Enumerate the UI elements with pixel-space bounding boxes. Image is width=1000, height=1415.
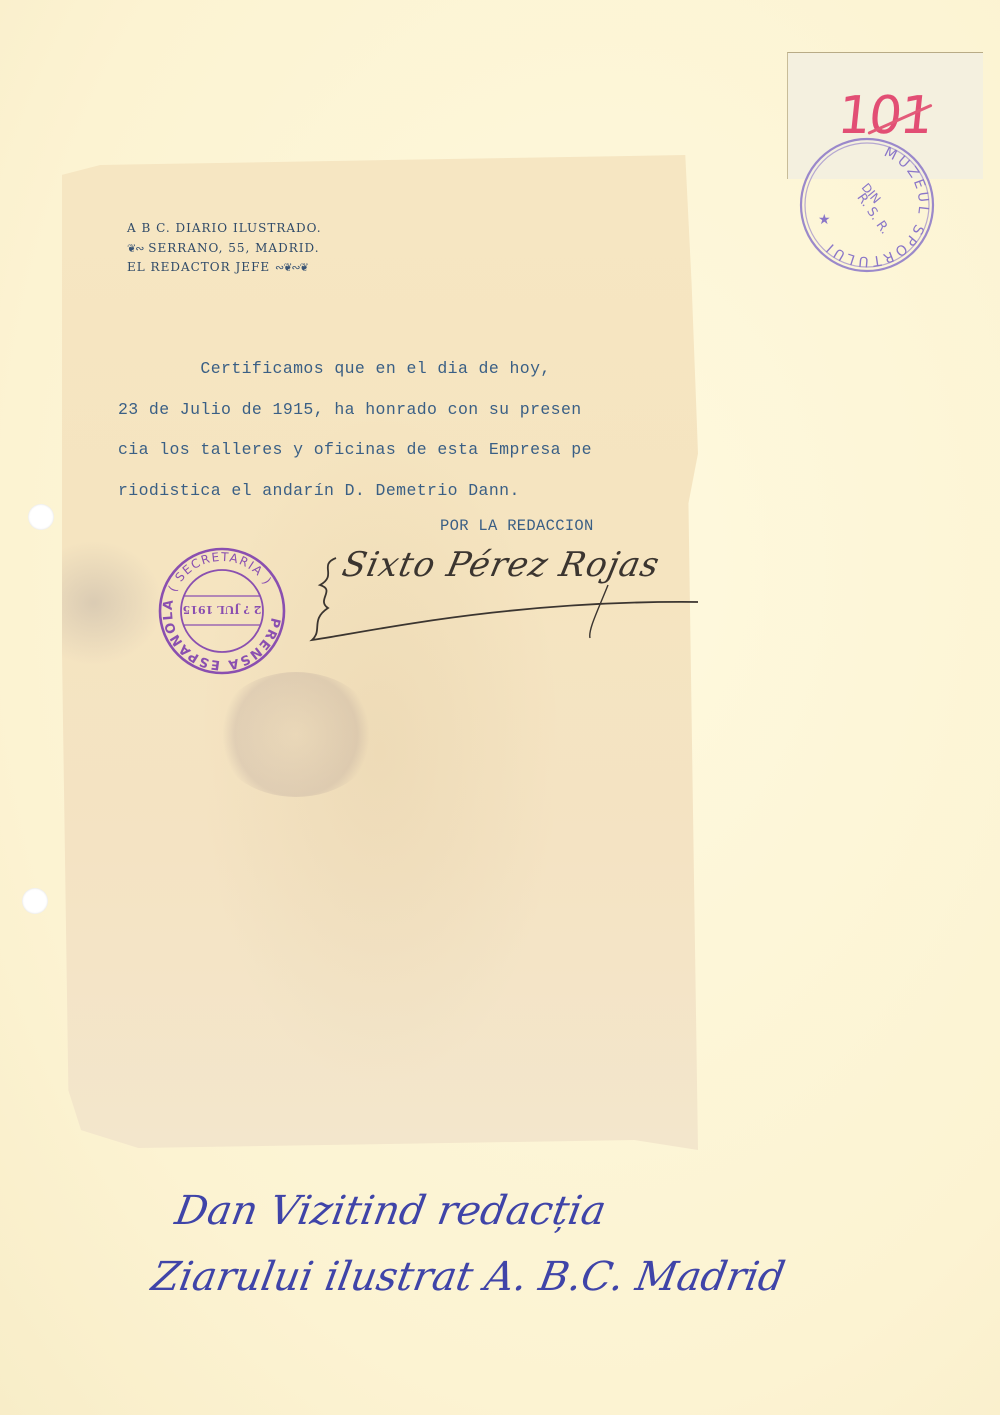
letter-body: Certificamos que en el dia de hoy, 23 de…	[118, 349, 592, 511]
signature: Sixto Pérez Rojas	[308, 540, 708, 650]
faded-stamp	[215, 672, 377, 797]
letterhead: A B C. DIARIO ILUSTRADO. ❦∾ SERRANO, 55,…	[127, 219, 322, 278]
body-line: cia los talleres y oficinas de esta Empr…	[118, 430, 592, 471]
body-line: 23 de Julio de 1915, ha honrado con su p…	[118, 390, 592, 431]
handwritten-note: Dan Vizitind redacția Ziarului ilustrat …	[158, 1178, 801, 1310]
note-line-2: Ziarului ilustrat A. B.C. Madrid	[146, 1244, 790, 1310]
prensa-stamp: PRENSA ESPAÑOLA ( SECRETARIA ) 2 ? JUL 1…	[156, 546, 288, 676]
prensa-stamp-date: 2 ? JUL 1915	[183, 603, 262, 616]
signature-text: Sixto Pérez Rojas	[339, 545, 664, 585]
note-line-1: Dan Vizitind redacția	[170, 1178, 802, 1244]
star-icon: ★	[818, 212, 831, 228]
prensa-stamp-top-text: ( SECRETARIA )	[165, 550, 274, 594]
letterhead-role: EL REDACTOR JEFE	[127, 260, 270, 274]
body-line: riodistica el andarín D. Demetrio Dann.	[118, 471, 592, 512]
ornament-icon: ❦∾	[127, 242, 143, 255]
ornament-icon: ∾❦∾❦	[275, 261, 308, 274]
signature-label: POR LA REDACCION	[440, 517, 594, 535]
letterhead-address: SERRANO, 55, MADRID.	[148, 241, 319, 255]
svg-text:( SECRETARIA ): ( SECRETARIA )	[165, 550, 274, 594]
punch-hole	[22, 888, 48, 914]
punch-hole	[28, 504, 54, 530]
letterhead-title: A B C. DIARIO ILUSTRADO.	[127, 219, 322, 239]
body-line: Certificamos que en el dia de hoy,	[118, 349, 592, 390]
museum-stamp: MUZEUL SPORTULUI DIN R. S. R. ★	[796, 134, 938, 276]
